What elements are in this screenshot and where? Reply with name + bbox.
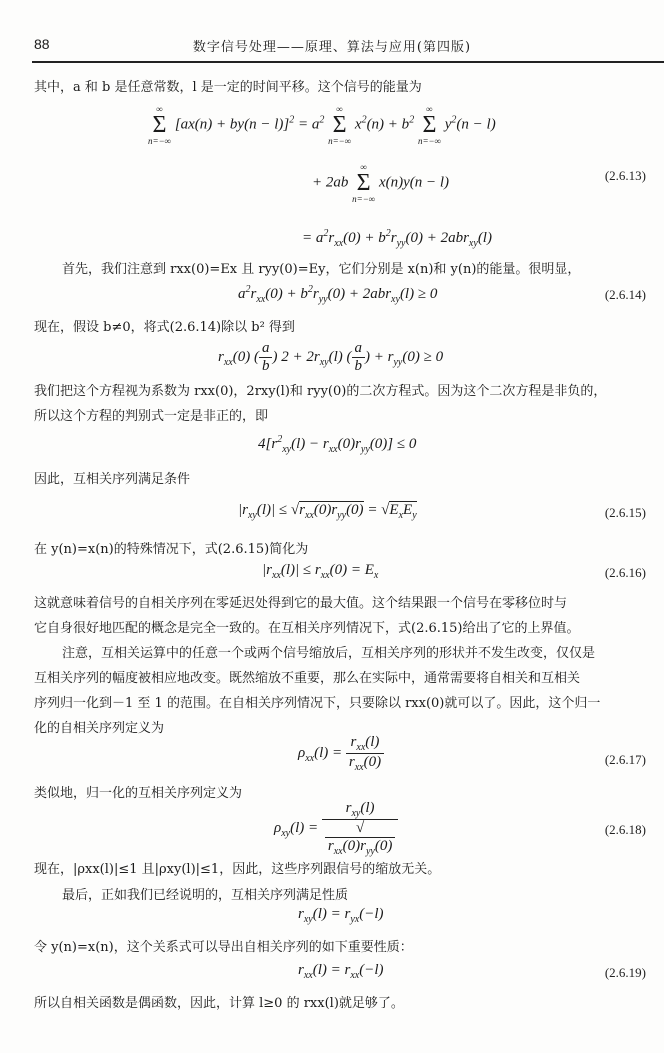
paragraph: 序列归一化到－1 至 1 的范围。在自相关序列情况下，只要除以 rxx(0)就可… — [34, 692, 600, 711]
equation-number: (2.6.19) — [605, 965, 646, 981]
paragraph: 现在，假设 b≠0，将式(2.6.14)除以 b² 得到 — [34, 316, 295, 335]
book-title: 数字信号处理——原理、算法与应用(第四版) — [0, 36, 664, 55]
paragraph: 现在，|ρxx(l)|≤1 且|ρxy(l)|≤1，因此，这些序列跟信号的缩放无… — [34, 858, 440, 877]
header-rule — [32, 61, 664, 63]
paragraph: 其中，a 和 b 是任意常数，l 是一定的时间平移。这个信号的能量为 — [34, 76, 422, 95]
equation-number: (2.6.15) — [605, 505, 646, 521]
equation-2-6-13-line3: = a2rxx(0) + b2ryy(0) + 2abrxy(l) — [302, 228, 492, 249]
equation-2-6-17: ρxx(l) = rxx(l)rxx(0) — [298, 734, 384, 773]
equation-2-6-16: |rxx(l)| ≤ rxx(0) = Ex — [262, 562, 378, 581]
equation-2-6-18: ρxy(l) = rxy(l)√rxx(0)ryy(0) — [274, 800, 398, 857]
equation-symmetry: rxy(l) = ryx(−l) — [298, 906, 384, 925]
equation-number: (2.6.18) — [605, 822, 646, 838]
paragraph: 这就意味着信号的自相关序列在零延迟处得到它的最大值。这个结果跟一个信号在零移位时… — [34, 592, 567, 611]
equation-2-6-13-line1: ∞Σn=−∞ [ax(n) + by(n − l)]2 = a2 ∞Σn=−∞ … — [148, 104, 496, 146]
equation-2-6-14: a2rxx(0) + b2ryy(0) + 2abrxy(l) ≥ 0 — [238, 284, 437, 305]
paragraph: 在 y(n)=x(n)的特殊情况下，式(2.6.15)简化为 — [34, 538, 308, 557]
paragraph: 我们把这个方程视为系数为 rxx(0)，2rxy(l)和 ryy(0)的二次方程… — [34, 380, 606, 399]
paragraph: 类似地，归一化的互相关序列定义为 — [34, 782, 242, 801]
summation-symbol: ∞Σn=−∞ — [148, 104, 171, 146]
equation-2-6-19: rxx(l) = rxx(−l) — [298, 962, 384, 981]
paragraph: 首先，我们注意到 rxx(0)=Ex 且 ryy(0)=Ey，它们分别是 x(n… — [62, 258, 580, 277]
equation-number: (2.6.13) — [605, 168, 646, 184]
equation-discriminant: 4[r2xy(l) − rxx(0)ryy(0)] ≤ 0 — [258, 434, 416, 455]
paragraph: 令 y(n)=x(n)，这个关系式可以导出自相关序列的如下重要性质： — [34, 936, 413, 955]
paragraph: 注意，互相关运算中的任意一个或两个信号缩放后，互相关序列的形状并不发生改变，仅仅… — [62, 642, 595, 661]
paragraph: 互相关序列的幅度被相应地改变。既然缩放不重要，那么在实际中，通常需要将自相关和互… — [34, 667, 580, 686]
equation-quadratic: rxx(0) (ab) 2 + 2rxy(l) (ab) + ryy(0) ≥ … — [218, 340, 443, 375]
paragraph: 因此，互相关序列满足条件 — [34, 468, 190, 487]
equation-number: (2.6.14) — [605, 287, 646, 303]
equation-2-6-15: |rxy(l)| ≤ √rxx(0)ryy(0) = √ExEy — [238, 502, 417, 521]
paragraph: 它自身很好地匹配的概念是完全一致的。在互相关序列情况下，式(2.6.15)给出了… — [34, 617, 580, 636]
paragraph: 化的自相关序列定义为 — [34, 717, 164, 736]
equation-2-6-13-line2: + 2ab ∞Σn=−∞ x(n)y(n − l) — [312, 162, 449, 204]
paragraph: 所以这个方程的判别式一定是非正的，即 — [34, 405, 268, 424]
equation-number: (2.6.16) — [605, 565, 646, 581]
paragraph: 所以自相关函数是偶函数，因此，计算 l≥0 的 rxx(l)就足够了。 — [34, 992, 404, 1011]
paragraph: 最后，正如我们已经说明的，互相关序列满足性质 — [62, 884, 348, 903]
equation-number: (2.6.17) — [605, 752, 646, 768]
